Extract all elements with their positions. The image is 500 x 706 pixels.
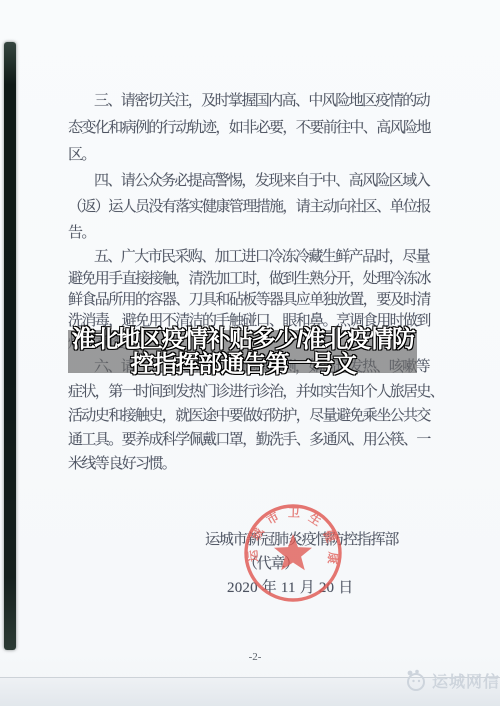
page-number: -2- <box>240 651 270 663</box>
watermark-logo-icon <box>404 668 428 692</box>
doc-line: 鲜食品所用的容器、刀具和砧板等器具应单独放置，要及时清 <box>68 291 443 310</box>
doc-line: 米线等良好习惯。 <box>68 455 443 474</box>
doc-line: 告。 <box>68 224 443 243</box>
watermark-label: 运城网信 <box>432 669 500 692</box>
seal-star-icon <box>274 534 312 570</box>
doc-line: 避免用手直接接触，清洗加工时，做到生熟分开，处理冷冻冰 <box>68 270 443 289</box>
doc-line: 三、请密切关注，及时掌握国内高、中风险地区疫情的动 <box>68 92 469 111</box>
caption-line-1: 淮北地区疫情补贴多少/淮北疫情防 <box>64 327 422 352</box>
photo-left-edge-strip <box>4 42 16 650</box>
doc-line: 症状，第一时间到发热门诊进行诊治，并如实告知个人旅居史、 <box>68 383 443 402</box>
watermark: 运城网信 <box>404 668 500 692</box>
doc-line: 态变化和病例的行动轨迹，如非必要，不要前往中、高风险地 <box>68 119 443 138</box>
doc-line: 区。 <box>68 146 443 165</box>
scanned-notice-photo: 三、请密切关注，及时掌握国内高、中风险地区疫情的动态变化和病例的行动轨迹，如非必… <box>0 0 500 706</box>
doc-line: 活动史和接触史，就医途中要做好防护，尽量避免乘坐公共交 <box>68 407 443 426</box>
caption-headline: 淮北地区疫情补贴多少/淮北疫情防 控指挥部通告第一号文 <box>64 327 422 377</box>
doc-line: 五、广大市民采购、加工进口冷冻冷藏生鲜产品时，尽量 <box>68 248 469 267</box>
doc-line: 通工具。要养成科学佩戴口罩，勤洗手、多通风、用公筷、一 <box>68 431 443 450</box>
official-red-seal: 运城市卫生健康委员会 <box>240 500 346 606</box>
doc-line: 四、请公众务必提高警惕，发现来自于中、高风险区域入 <box>68 172 469 191</box>
caption-line-2: 控指挥部通告第一号文 <box>64 352 422 377</box>
doc-line: （返）运人员没有落实健康管理措施，请主动向社区、单位报 <box>68 198 443 217</box>
